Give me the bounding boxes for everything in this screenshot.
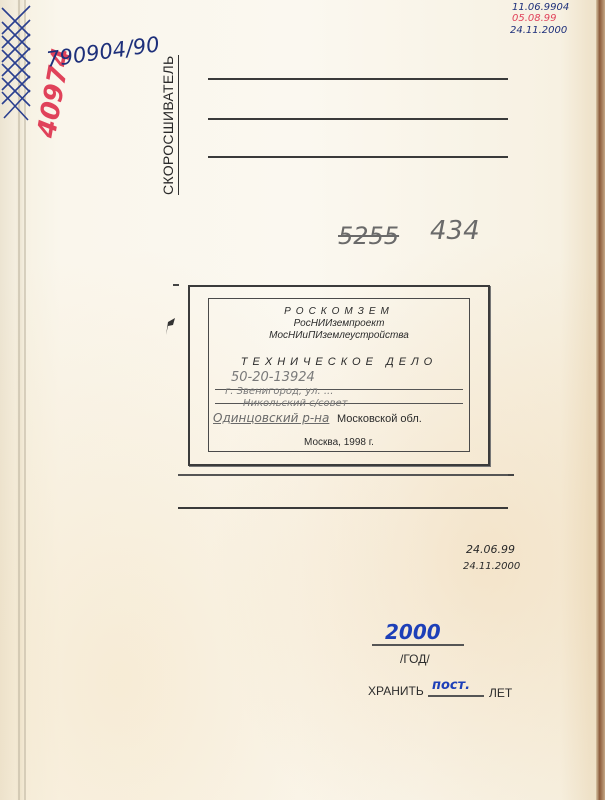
keep-value: пост. xyxy=(432,678,470,693)
review-date: 24.11.2000 xyxy=(463,561,520,572)
date-annotation: 11.06.9904 xyxy=(512,2,569,13)
folder-edge xyxy=(596,0,605,800)
keep-line xyxy=(428,695,484,697)
stamp-handwritten-code: 50-20-13924 xyxy=(231,370,315,385)
year-value: 2000 xyxy=(385,620,441,644)
stamp-subdivision: МосНИиПИземлеустройства xyxy=(209,330,469,341)
stamp-region: Московской обл. xyxy=(337,413,422,425)
stamp-agency: РОСКОМЗЕМ xyxy=(209,306,469,317)
mark xyxy=(173,284,179,286)
date-annotation: 05.08.99 xyxy=(512,13,557,24)
mark xyxy=(508,474,514,476)
date-annotation: 24.11.2000 xyxy=(510,25,567,36)
stamp-handwritten-line: Никольский с/совет xyxy=(243,398,348,409)
title-stamp-inner: РОСКОМЗЕМ РосНИИземпроект МосНИиПИземлеу… xyxy=(208,298,470,452)
blank-line xyxy=(208,78,508,80)
blank-line xyxy=(178,474,508,476)
folder-cover: 40974 790904/90 СКОРОСШИВАТЕЛЬ 11.06.990… xyxy=(0,0,605,800)
title-stamp: РОСКОМЗЕМ РосНИИземпроект МосНИиПИземлеу… xyxy=(188,285,490,466)
years-label: ЛЕТ xyxy=(489,686,512,700)
crossed-out-number: 5255 xyxy=(338,222,399,250)
blank-line xyxy=(208,118,508,120)
blank-line xyxy=(178,507,508,509)
blank-line xyxy=(208,156,508,158)
stamp-institute: РосНИИземпроект xyxy=(209,318,469,329)
hatch-marks xyxy=(0,0,34,130)
folder-type-label: СКОРОСШИВАТЕЛЬ xyxy=(160,55,179,195)
current-number: 434 xyxy=(430,216,480,246)
keep-label: ХРАНИТЬ xyxy=(368,684,424,698)
stamp-district: Одинцовский р-на xyxy=(213,411,329,425)
stamp-handwritten-line: г. Звенигород, ул. ... xyxy=(225,386,333,397)
year-label: /ГОД/ xyxy=(400,652,430,666)
stamp-city-year: Москва, 1998 г. xyxy=(209,437,469,448)
year-line xyxy=(372,644,464,646)
review-date: 24.06.99 xyxy=(466,543,515,556)
blue-registration-number: 790904/90 xyxy=(45,32,161,72)
stamp-document-type: ТЕХНИЧЕСКОЕ ДЕЛО xyxy=(209,356,469,368)
ink-mark xyxy=(164,316,176,336)
